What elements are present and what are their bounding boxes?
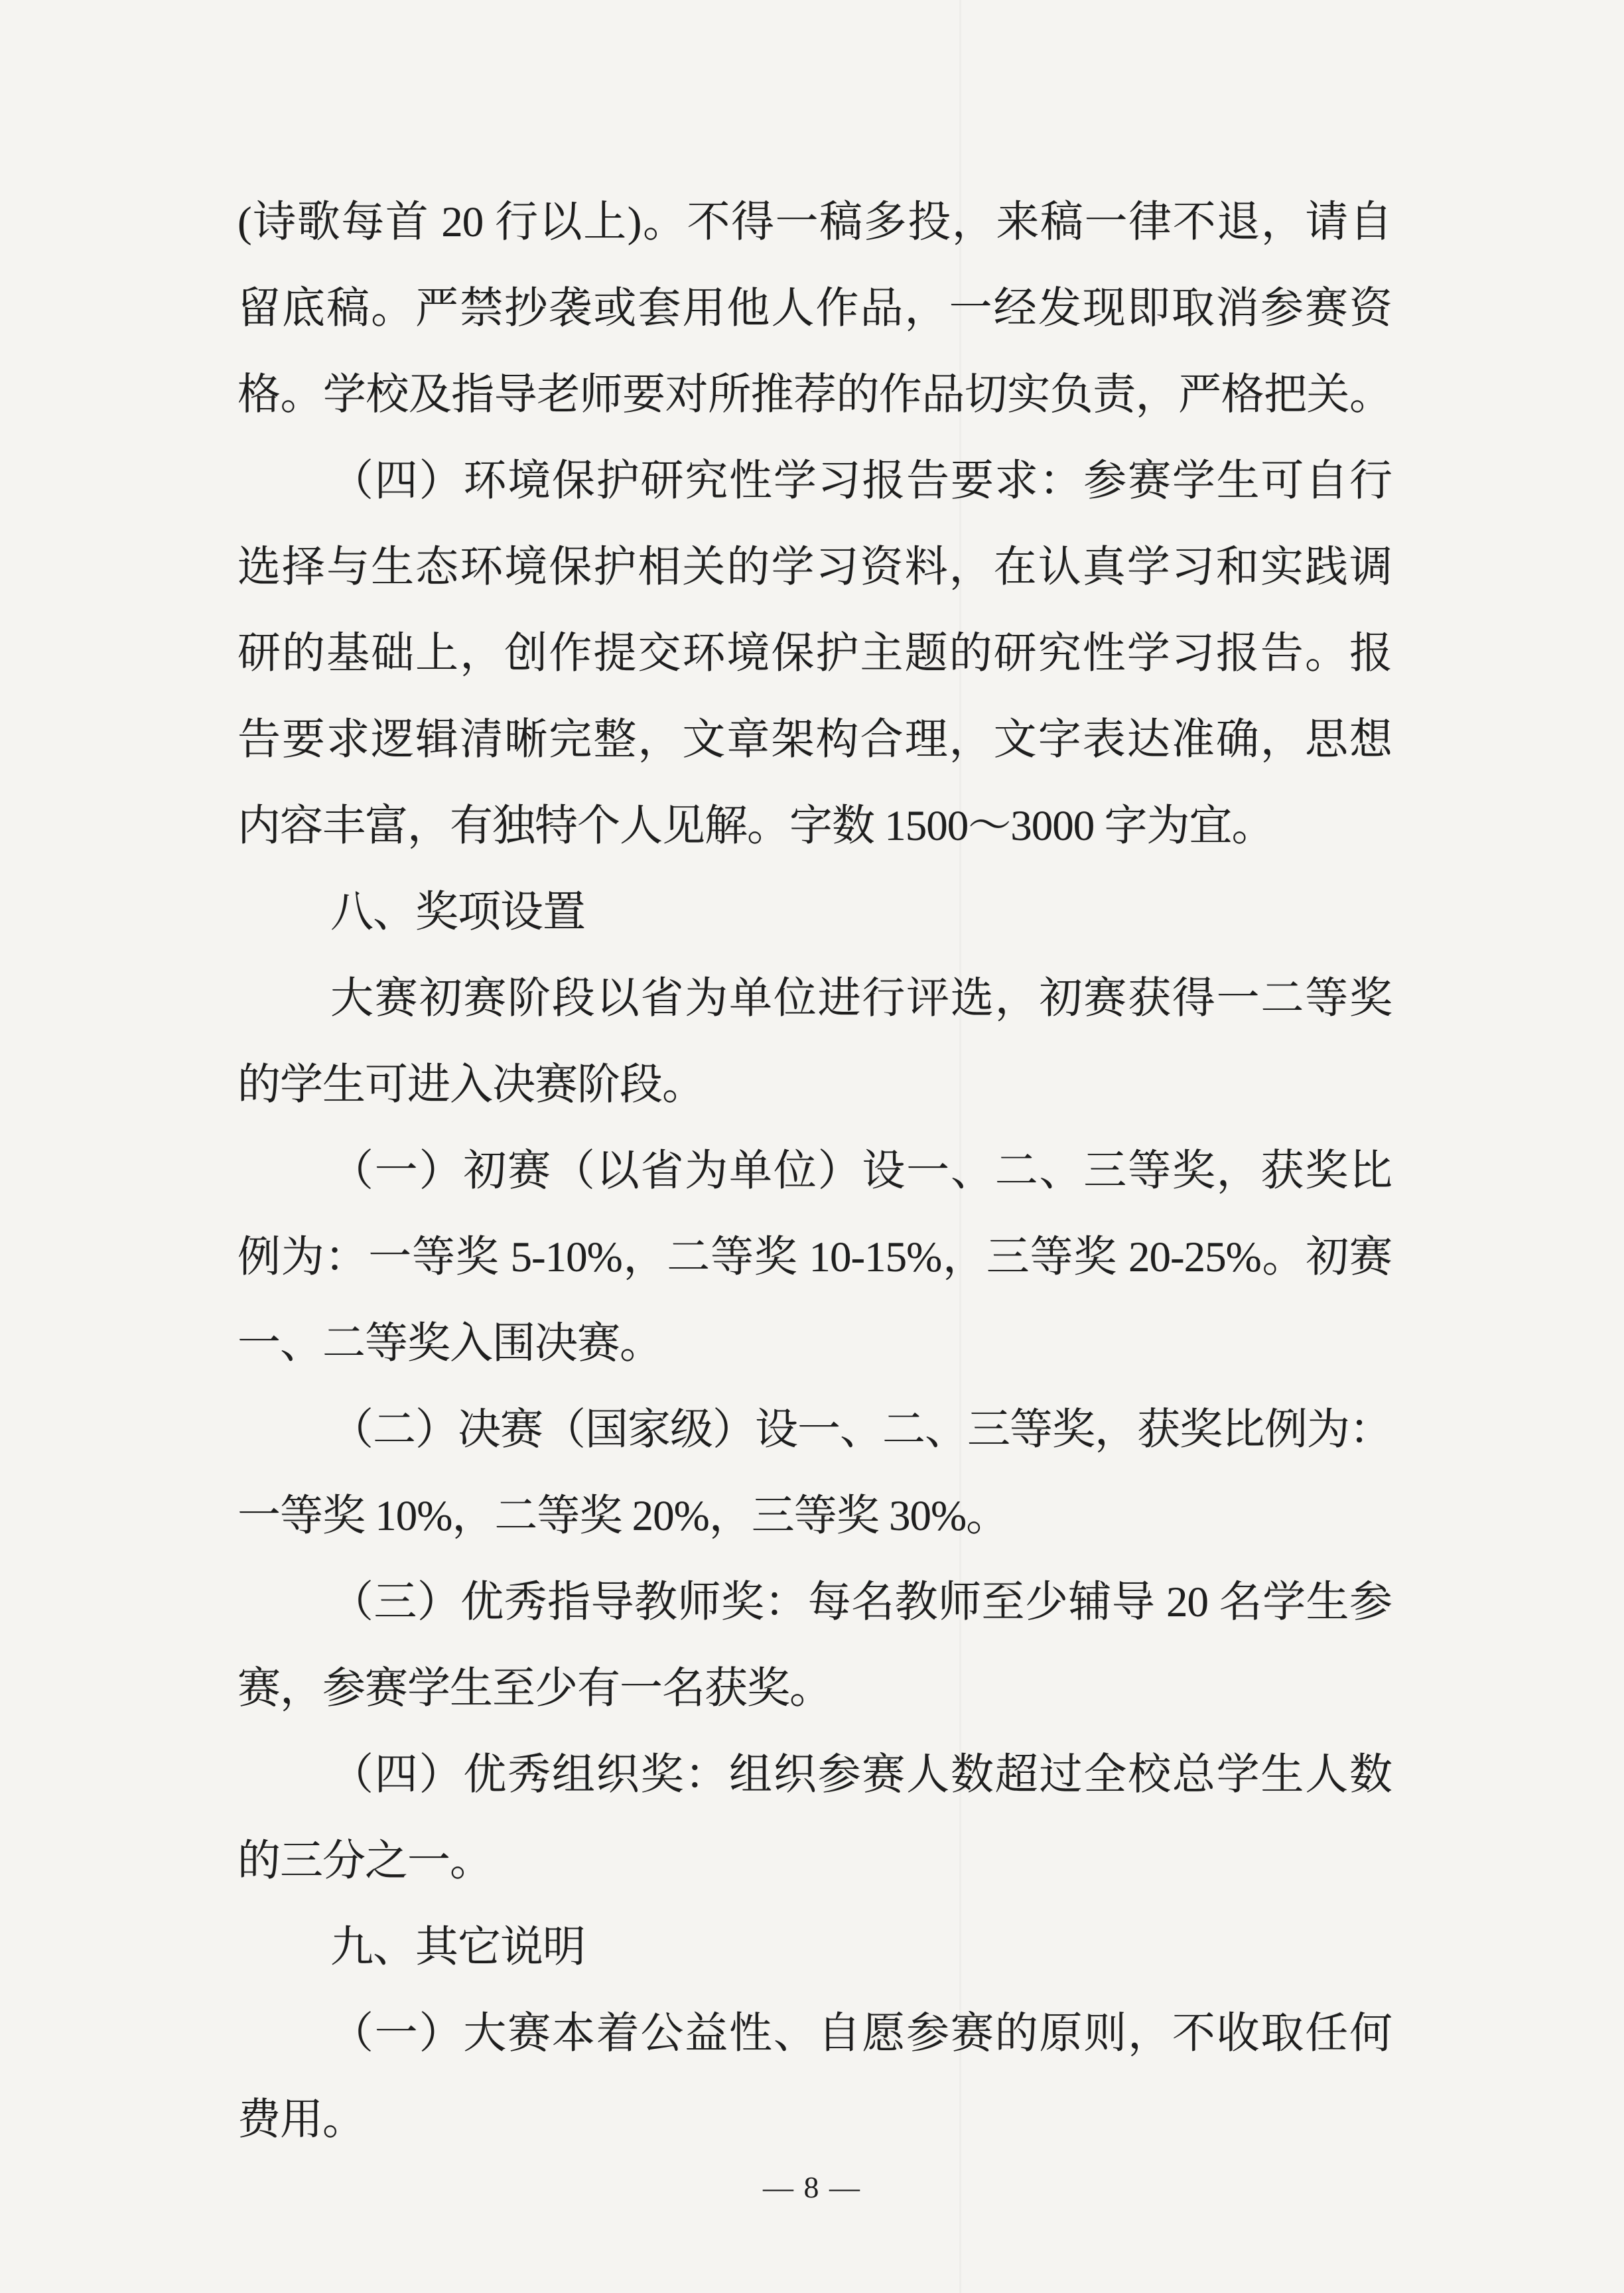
section-heading-other-notes: 九、其它说明 bbox=[237, 1904, 1392, 1990]
page-number: — 8 — bbox=[0, 2164, 1624, 2211]
document-line: （一）初赛（以省为单位）设一、二、三等奖，获奖比 bbox=[237, 1128, 1392, 1214]
document-line: 一等奖 10%，二等奖 20%，三等奖 30%。 bbox=[237, 1473, 1392, 1559]
document-line: 的三分之一。 bbox=[237, 1818, 1392, 1904]
document-line: 大赛初赛阶段以省为单位进行评选，初赛获得一二等奖 bbox=[237, 955, 1392, 1042]
document-line: 一、二等奖入围决赛。 bbox=[237, 1300, 1392, 1387]
document-line: 的学生可进入决赛阶段。 bbox=[237, 1042, 1392, 1128]
document-line: 费用。 bbox=[237, 2077, 1392, 2163]
document-line: 格。学校及指导老师要对所推荐的作品切实负责，严格把关。 bbox=[237, 352, 1392, 438]
document-line: (诗歌每首 20 行以上)。不得一稿多投，来稿一律不退，请自 bbox=[237, 179, 1392, 265]
document-line: 告要求逻辑清晰完整，文章架构合理，文字表达准确，思想 bbox=[237, 697, 1392, 783]
document-line: （四）环境保护研究性学习报告要求：参赛学生可自行 bbox=[237, 438, 1392, 524]
section-heading-awards: 八、奖项设置 bbox=[237, 869, 1392, 955]
document-line: 例为：一等奖 5-10%，二等奖 10-15%，三等奖 20-25%。初赛 bbox=[237, 1214, 1392, 1300]
document-line: 赛，参赛学生至少有一名获奖。 bbox=[237, 1645, 1392, 1732]
document-line: （一）大赛本着公益性、自愿参赛的原则，不收取任何 bbox=[237, 1990, 1392, 2077]
document-line: 研的基础上，创作提交环境保护主题的研究性学习报告。报 bbox=[237, 610, 1392, 697]
scanned-document-page: (诗歌每首 20 行以上)。不得一稿多投，来稿一律不退，请自 留底稿。严禁抄袭或… bbox=[0, 0, 1624, 2293]
document-line: 内容丰富，有独特个人见解。字数 1500～3000 字为宜。 bbox=[237, 783, 1392, 869]
document-line: （二）决赛（国家级）设一、二、三等奖，获奖比例为： bbox=[237, 1387, 1392, 1473]
document-body: (诗歌每首 20 行以上)。不得一稿多投，来稿一律不退，请自 留底稿。严禁抄袭或… bbox=[237, 179, 1392, 2163]
document-line: 选择与生态环境保护相关的学习资料，在认真学习和实践调 bbox=[237, 524, 1392, 610]
document-line: （四）优秀组织奖：组织参赛人数超过全校总学生人数 bbox=[237, 1732, 1392, 1818]
document-line: 留底稿。严禁抄袭或套用他人作品，一经发现即取消参赛资 bbox=[237, 265, 1392, 352]
document-line: （三）优秀指导教师奖：每名教师至少辅导 20 名学生参 bbox=[237, 1559, 1392, 1645]
